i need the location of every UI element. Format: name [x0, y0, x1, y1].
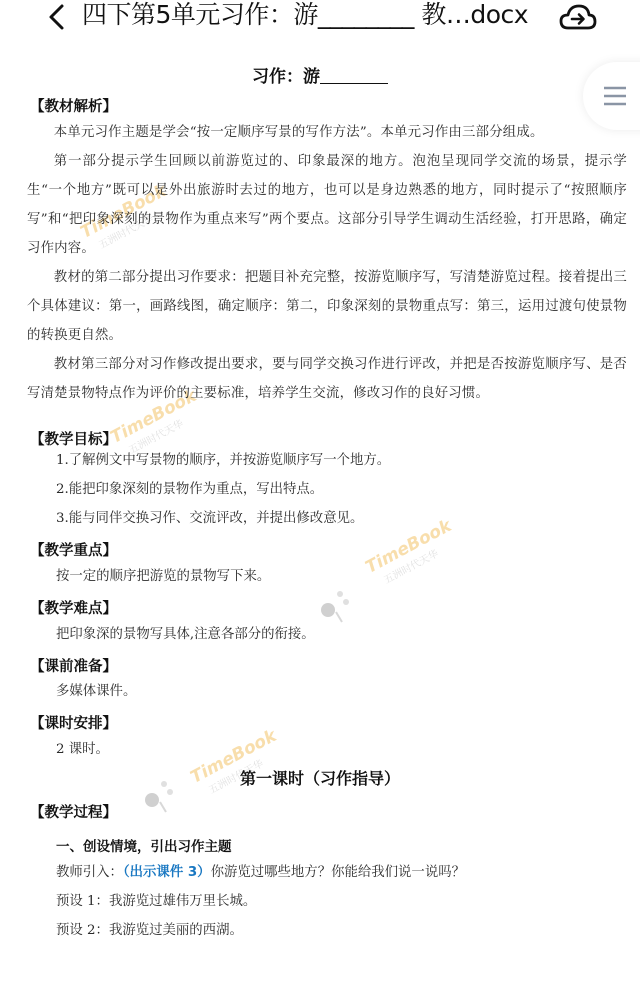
preset-answer: 预设 2：我游览过美丽的西湖。: [56, 921, 243, 941]
schedule-text: 2 课时。: [56, 740, 109, 760]
teacher-intro: 教师引入：（出示课件 3）你游览过哪些地方？你能给我们说一说吗？: [56, 863, 465, 883]
chevron-left-icon: [46, 3, 68, 31]
paragraph: 第一部分提示学生回顾以前游览过的、印象最深的地方。泡泡呈现同学交流的场景，提示学…: [27, 147, 627, 263]
watermark: TimeBook 五洲时代天华: [362, 516, 462, 591]
section-title-goals: 【教学目标】: [30, 428, 117, 449]
goal-item: 1.了解例文中写景物的顺序，并按游览顺序写一个地方。: [56, 451, 390, 471]
cloud-upload-icon: [558, 2, 598, 32]
step-title: 一、创设情境，引出习作主题: [56, 835, 232, 855]
document-heading: 习作：游: [0, 62, 640, 87]
back-button[interactable]: [42, 2, 72, 32]
watermark-logo-icon: [316, 576, 356, 626]
section-title-process: 【教学过程】: [30, 801, 117, 822]
intro-prefix: 教师引入：: [56, 865, 123, 880]
section-title-preparation: 【课前准备】: [30, 655, 117, 676]
difficulties-text: 把印象深的景物写具体,注意各部分的衔接。: [56, 625, 315, 645]
paragraph: 教材第三部分对习作修改提出要求，要与同学交换习作进行评改，并把是否按游览顺序写、…: [27, 350, 627, 408]
goal-item: 2.能把印象深刻的景物作为重点，写出特点。: [56, 480, 323, 500]
paragraph: 本单元习作主题是学会“按一定顺序写景的写作方法”。本单元习作由三部分组成。: [27, 118, 627, 147]
section-title-key-points: 【教学重点】: [30, 539, 117, 560]
section-title-analysis: 【教材解析】: [30, 95, 117, 116]
lesson-title: 第一课时（习作指导）: [0, 766, 640, 789]
preset-answer: 预设 1：我游览过雄伟万里长城。: [56, 892, 256, 912]
top-bar: 四下第5单元习作：游________ 教…docx: [0, 0, 640, 36]
preparation-text: 多媒体课件。: [56, 682, 136, 702]
goal-item: 3.能与同伴交换习作、交流评改，并提出修改意见。: [56, 509, 363, 529]
section-title-difficulties: 【教学难点】: [30, 597, 117, 618]
intro-suffix: 你游览过哪些地方？你能给我们说一说吗？: [211, 865, 465, 880]
key-points-text: 按一定的顺序把游览的景物写下来。: [56, 567, 270, 587]
document-title: 四下第5单元习作：游________ 教…docx: [82, 0, 528, 34]
section-title-schedule: 【课时安排】: [30, 712, 117, 733]
paragraph: 教材的第二部分提出习作要求：把题目补充完整，按游览顺序写，写清楚游览过程。接着提…: [27, 263, 627, 350]
watermark: TimeBook 五洲时代天华: [187, 726, 287, 801]
document-page[interactable]: TimeBook 五洲时代天华 TimeBook 五洲时代天华 TimeBook…: [0, 36, 640, 984]
cloud-upload-button[interactable]: [558, 2, 598, 32]
courseware-highlight: （出示课件 3）: [123, 865, 211, 880]
